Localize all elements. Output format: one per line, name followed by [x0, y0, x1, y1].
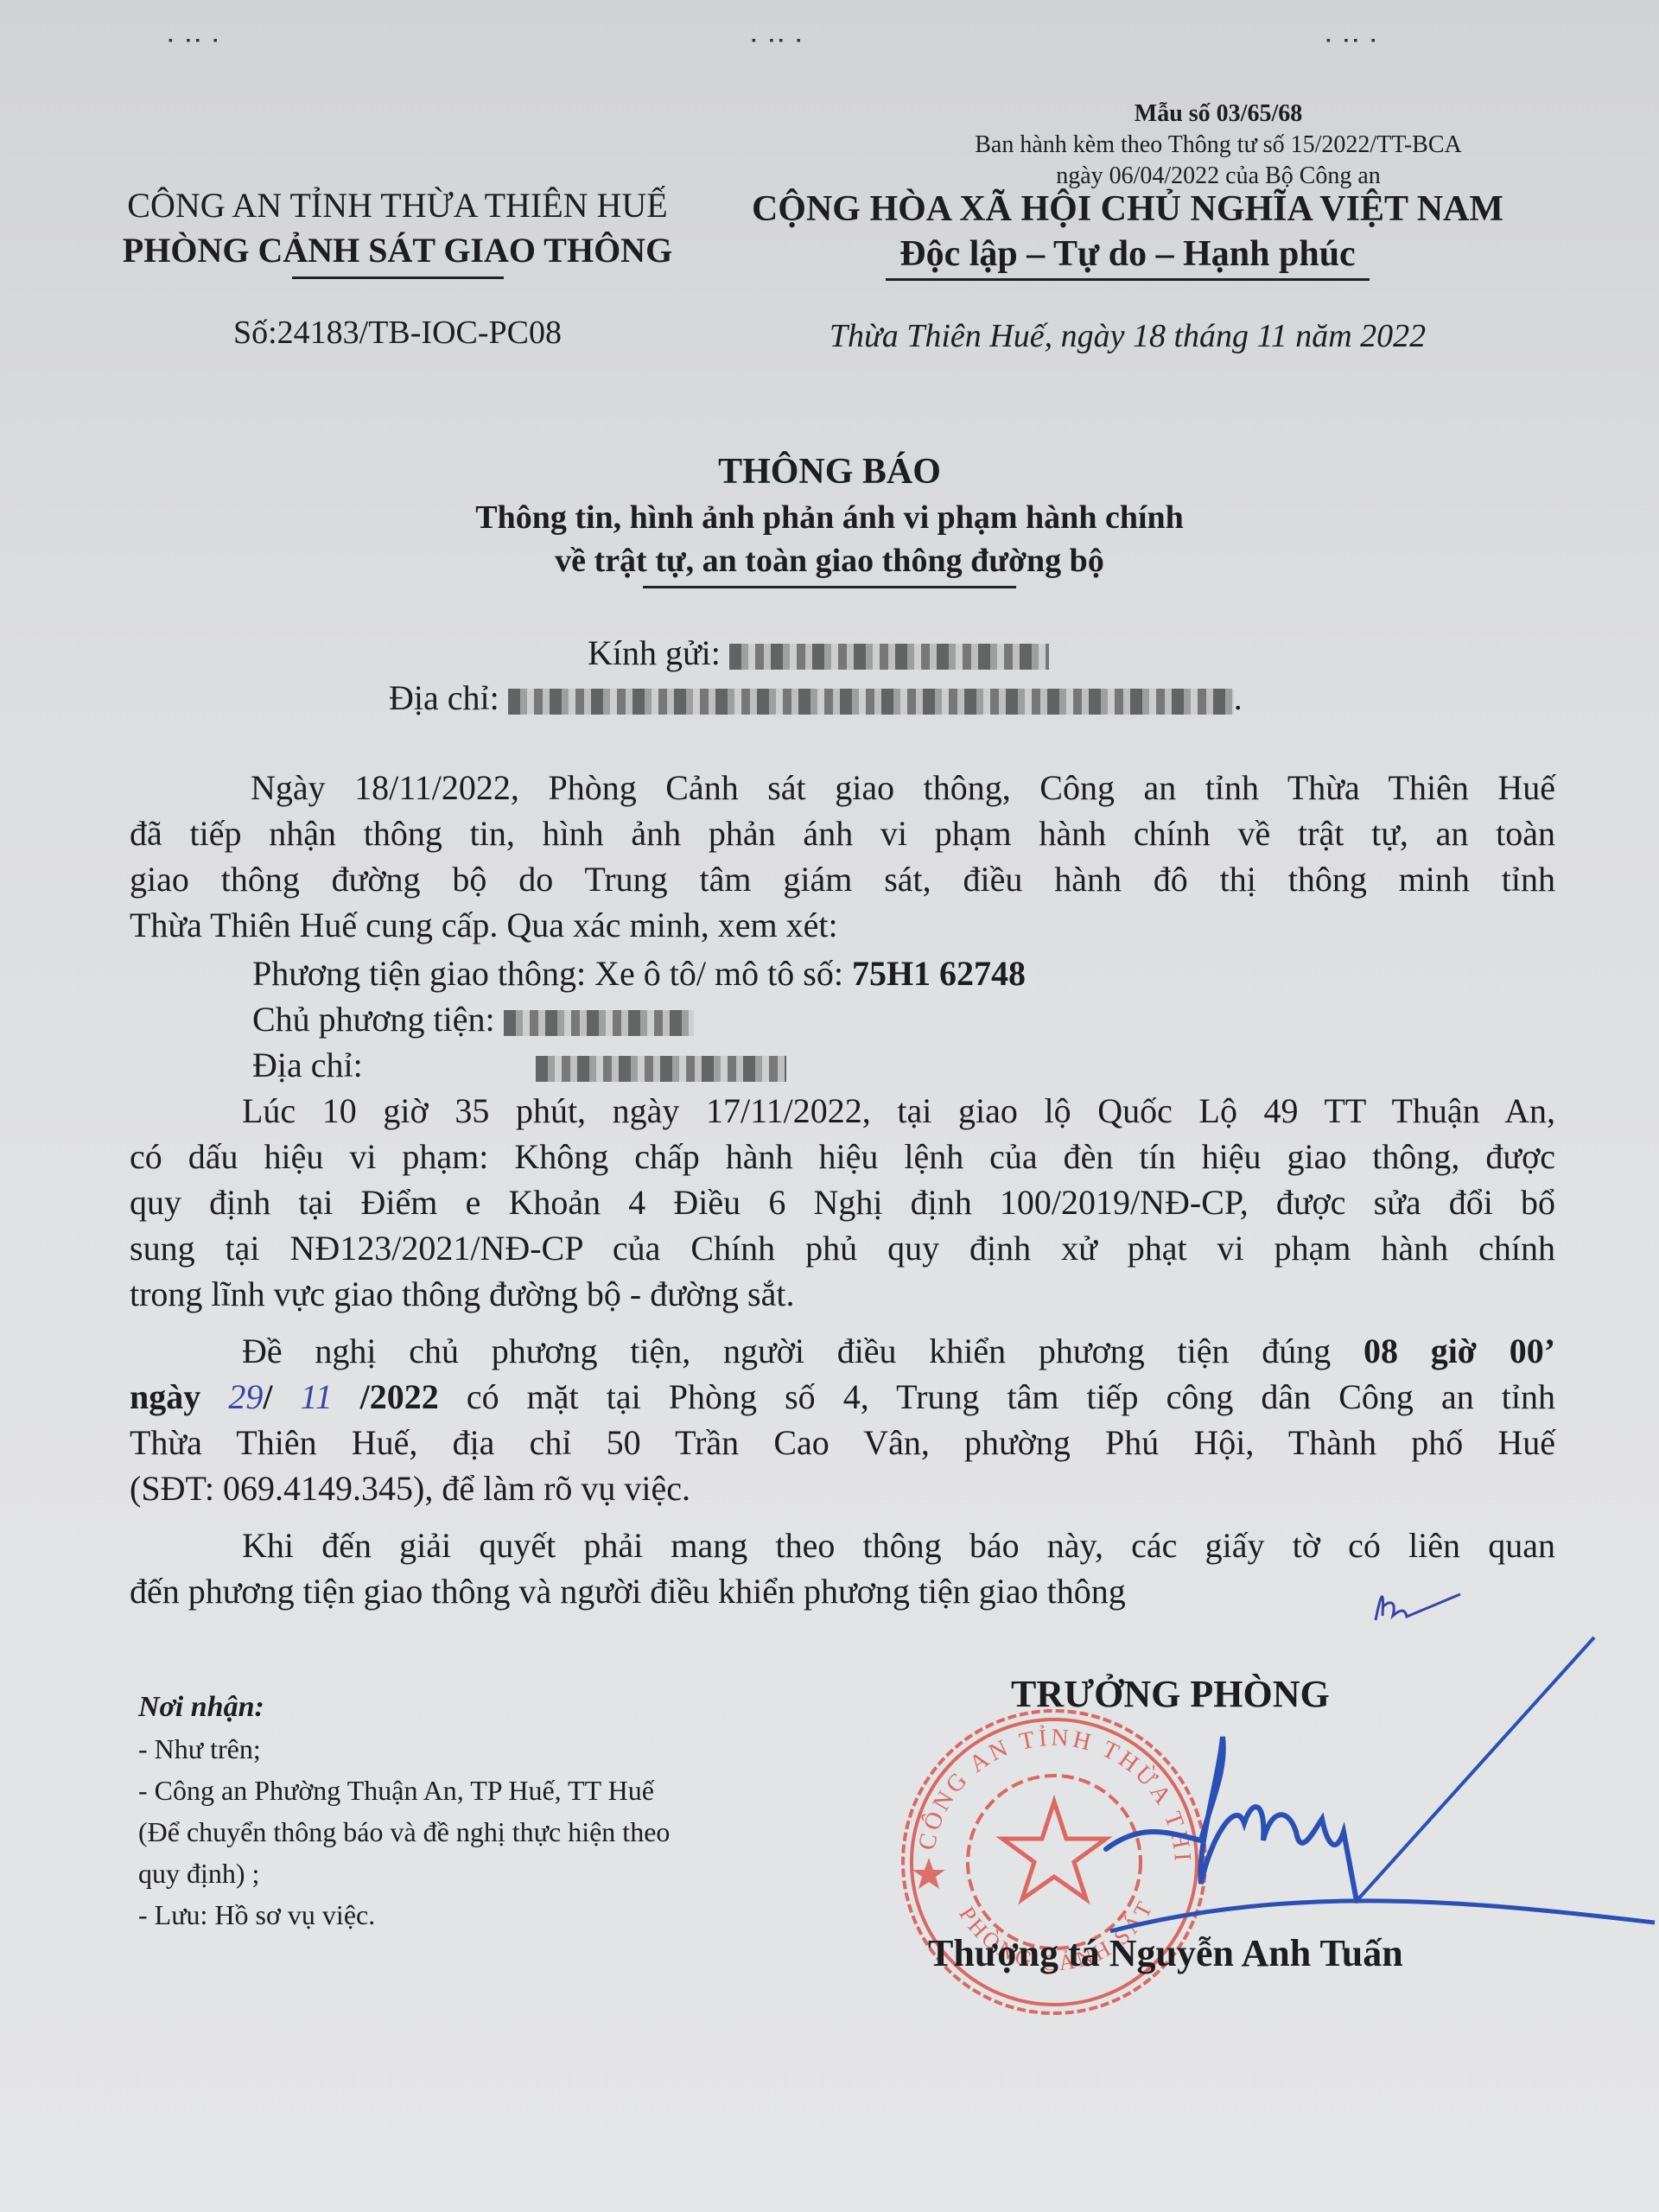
redacted-owner-name [504, 1010, 694, 1036]
form-note-line-1: Ban hành kèm theo Thông tư số 15/2022/TT… [916, 130, 1521, 161]
appointment-day-handwritten: 29 [228, 1377, 263, 1416]
title-underline [643, 586, 1016, 588]
p2-line: quy định tại Điểm e Khoản 4 Điều 6 Nghị … [130, 1179, 1555, 1225]
national-motto: Độc lập – Tự do – Hạnh phúc [739, 232, 1516, 276]
p3-line-4: (SĐT: 069.4149.345), để làm rõ vụ việc. [130, 1465, 1555, 1511]
owner-label: Chủ phương tiện: [252, 1000, 495, 1039]
form-note: Mẫu số 03/65/68 Ban hành kèm theo Thông … [916, 99, 1521, 192]
recipient-label: Kính gửi: [588, 633, 721, 672]
owner-address-label: Địa chỉ: [252, 1046, 363, 1084]
redacted-owner-address [536, 1056, 786, 1082]
p3-line-1: Đề nghị chủ phương tiện, người điều khiể… [130, 1328, 1555, 1374]
address-period: . [1234, 678, 1243, 717]
p1-line: đã tiếp nhận thông tin, hình ảnh phản án… [130, 810, 1555, 856]
signatory-name: Thượng tá Nguyễn Anh Tuấn [928, 1931, 1403, 1975]
day-label: ngày [130, 1377, 200, 1416]
issuer-header: CÔNG AN TỈNH THỪA THIÊN HUẾ PHÒNG CẢNH S… [86, 183, 709, 352]
p3-line-2: ngày 29/ 11 /2022 có mặt tại Phòng số 4,… [130, 1374, 1555, 1420]
owner-address-line: Địa chỉ: [252, 1042, 786, 1088]
owner-line: Chủ phương tiện: [252, 996, 694, 1042]
scan-marks: ▪ ▪▪ ▪ [1326, 35, 1381, 48]
paragraph-received: Ngày 18/11/2022, Phòng Cảnh sát giao thô… [130, 765, 1555, 948]
p1-line: Ngày 18/11/2022, Phòng Cảnh sát giao thô… [130, 765, 1555, 810]
paragraph-requirements: Khi đến giải quyết phải mang theo thông … [130, 1522, 1555, 1614]
address-label: Địa chỉ: [389, 678, 499, 717]
redacted-recipient-address [508, 689, 1234, 715]
distribution-heading: Nơi nhận: [138, 1687, 670, 1728]
distribution-item: - Như trên; [138, 1728, 670, 1770]
license-plate: 75H1 62748 [852, 954, 1026, 993]
vehicle-line: Phương tiện giao thông: Xe ô tô/ mô tô s… [252, 950, 1026, 996]
distribution-list: Nơi nhận: - Như trên; - Công an Phường T… [138, 1687, 670, 1935]
issuer-department: PHÒNG CẢNH SÁT GIAO THÔNG [86, 228, 709, 273]
appointment-month-handwritten: 11 [301, 1377, 333, 1416]
distribution-item: (Để chuyển thông báo và đề nghị thực hiệ… [138, 1811, 670, 1853]
paragraph-violation: Lúc 10 giờ 35 phút, ngày 17/11/2022, tại… [130, 1088, 1555, 1317]
scan-marks: ▪ ▪▪ ▪ [168, 35, 223, 48]
title-sub-1: Thông tin, hình ảnh phản ánh vi phạm hàn… [346, 496, 1313, 539]
title-main: THÔNG BÁO [346, 448, 1313, 496]
handwritten-signature-icon [1037, 1624, 1659, 1935]
issuer-agency: CÔNG AN TỈNH THỪA THIÊN HUẾ [86, 183, 709, 228]
p2-line: sung tại NĐ123/2021/NĐ-CP của Chính phủ … [130, 1225, 1555, 1271]
document-number: Số:24183/TB-IOC-PC08 [86, 314, 709, 352]
distribution-item: - Lưu: Hồ sơ vụ việc. [138, 1894, 670, 1935]
distribution-item: - Công an Phường Thuận An, TP Huế, TT Hu… [138, 1770, 670, 1811]
p4-line: đến phương tiện giao thông và người điều… [130, 1568, 1555, 1614]
p2-line: có dấu hiệu vi phạm: Không chấp hành hiệ… [130, 1134, 1555, 1179]
header-underline [292, 276, 504, 279]
country-name: CỘNG HÒA XÃ HỘI CHỦ NGHĨA VIỆT NAM [739, 187, 1516, 232]
appointment-year: /2022 [360, 1377, 439, 1416]
vehicle-label: Phương tiện giao thông: Xe ô tô/ mô tô s… [252, 954, 843, 993]
document-title: THÔNG BÁO Thông tin, hình ảnh phản ánh v… [346, 448, 1313, 588]
p2-line: trong lĩnh vực giao thông đường bộ - đườ… [130, 1271, 1555, 1317]
p1-line: giao thông đường bộ do Trung tâm giám sá… [130, 856, 1555, 902]
national-header: CỘNG HÒA XÃ HỘI CHỦ NGHĨA VIỆT NAM Độc l… [739, 187, 1516, 355]
recipient-line: Kính gửi: [588, 632, 1049, 674]
p3-text: có mặt tại Phòng số 4, Trung tâm tiếp cô… [467, 1377, 1555, 1416]
p2-line: Lúc 10 giờ 35 phút, ngày 17/11/2022, tại… [130, 1088, 1555, 1134]
place-date: Thừa Thiên Huế, ngày 18 tháng 11 năm 202… [739, 317, 1516, 355]
title-sub-2: về trật tự, an toàn giao thông đường bộ [346, 539, 1313, 582]
p3-text: Đề nghị chủ phương tiện, người điều khiể… [242, 1332, 1331, 1370]
distribution-item: quy định) ; [138, 1853, 670, 1894]
scan-marks: ▪ ▪▪ ▪ [752, 35, 806, 48]
form-code: Mẫu số 03/65/68 [916, 99, 1521, 130]
document-page: ▪ ▪▪ ▪ ▪ ▪▪ ▪ ▪ ▪▪ ▪ Mẫu số 03/65/68 Ban… [0, 0, 1659, 2212]
redacted-recipient-name [729, 644, 1049, 670]
paragraph-summons: Đề nghị chủ phương tiện, người điều khiể… [130, 1328, 1555, 1511]
p3-line-3: Thừa Thiên Huế, địa chỉ 50 Trần Cao Vân,… [130, 1420, 1555, 1465]
p1-line: Thừa Thiên Huế cung cấp. Qua xác minh, x… [130, 902, 1555, 948]
p4-line: Khi đến giải quyết phải mang theo thông … [130, 1522, 1555, 1568]
recipient-address-line: Địa chỉ: . [389, 677, 1243, 719]
motto-underline [886, 278, 1370, 281]
appointment-time: 08 giờ 00’ [1363, 1332, 1555, 1370]
date-separator: / [263, 1377, 272, 1416]
